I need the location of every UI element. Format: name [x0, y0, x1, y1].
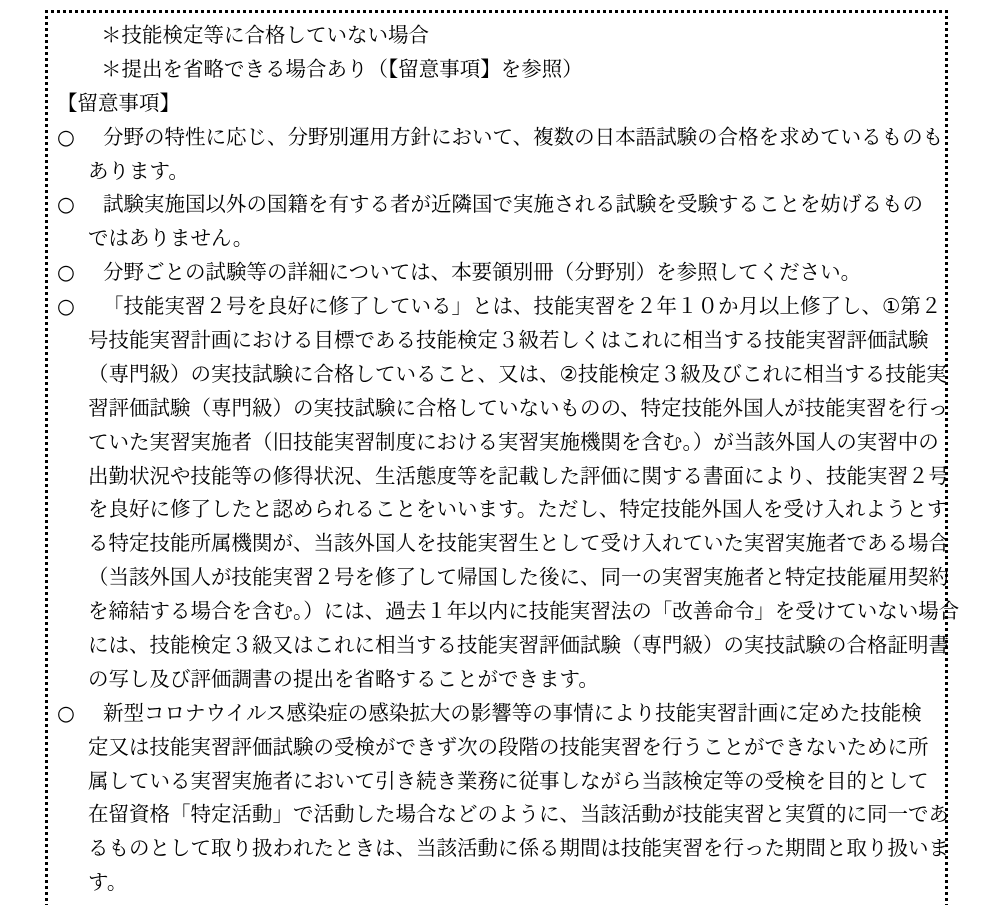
note-item-first-line: ○分野の特性に応じ、分野別運用方針において、複数の日本語試験の合格を求めているも…	[57, 121, 941, 155]
note-item-line: 出勤状況や技能等の修得状況、生活態度等を記載した評価に関する書面により、技能実習…	[57, 460, 941, 494]
note-item-line: には、技能検定３級又はこれに相当する技能実習評価試験（専門級）の実技試験の合格証…	[57, 629, 941, 663]
note-item-line: を締結する場合を含む。）には、過去１年以内に技能実習法の「改善命令」を受けていな…	[57, 595, 941, 629]
note-item-line: ていた実習実施者（旧技能実習制度における実習実施機関を含む。）が当該外国人の実習…	[57, 426, 941, 460]
note-item-line: ではありません。	[57, 222, 941, 256]
note-item-line: 定又は技能実習評価試験の受検ができず次の段階の技能実習を行うことができないために…	[57, 731, 941, 765]
note-item-line: あります。	[57, 155, 941, 189]
box-border-left	[45, 10, 48, 905]
section-heading: 【留意事項】	[57, 87, 941, 121]
note-item-line: を良好に修了したと認められることをいいます。ただし、特定技能外国人を受け入れよう…	[57, 493, 941, 527]
note-item-first-line: ○新型コロナウイルス感染症の感染拡大の影響等の事情により技能実習計画に定めた技能…	[57, 697, 941, 731]
note-item-line: （専門級）の実技試験に合格していること、又は、②技能検定３級及びこれに相当する技…	[57, 358, 941, 392]
note-item-first-line: ○分野ごとの試験等の詳細については、本要領別冊（分野別）を参照してください。	[57, 256, 941, 290]
note-item-text: 新型コロナウイルス感染症の感染拡大の影響等の事情により技能実習計画に定めた技能検	[103, 701, 922, 725]
note-item-text: 分野ごとの試験等の詳細については、本要領別冊（分野別）を参照してください。	[103, 260, 861, 284]
asterisk-note-line: ＊提出を省略できる場合あり（【留意事項】を参照）	[57, 53, 941, 87]
circle-bullet: ○	[57, 121, 103, 155]
note-item-first-line: ○「技能実習２号を良好に修了している」とは、技能実習を２年１０か月以上修了し、①…	[57, 290, 941, 324]
notes-content: ＊技能検定等に合格していない場合 ＊提出を省略できる場合あり（【留意事項】を参照…	[57, 19, 941, 900]
note-item-first-line: ○試験実施国以外の国籍を有する者が近隣国で実施される試験を受験することを妨げるも…	[57, 188, 941, 222]
note-item-text: 試験実施国以外の国籍を有する者が近隣国で実施される試験を受験することを妨げるもの	[103, 192, 923, 216]
box-border-top	[45, 10, 948, 13]
circle-bullet: ○	[57, 256, 103, 290]
note-item-line: 属している実習実施者において引き続き業務に従事しながら当該検定等の受検を目的とし…	[57, 765, 941, 799]
note-item-text: 「技能実習２号を良好に修了している」とは、技能実習を２年１０か月以上修了し、①第…	[103, 294, 941, 318]
note-item-line: す。	[57, 866, 941, 900]
circle-bullet: ○	[57, 188, 103, 222]
note-item-line: る特定技能所属機関が、当該外国人を技能実習生として受け入れていた実習実施者である…	[57, 527, 941, 561]
note-item-text: 分野の特性に応じ、分野別運用方針において、複数の日本語試験の合格を求めているもの…	[103, 125, 943, 149]
note-item-line: 号技能実習計画における目標である技能検定３級若しくはこれに相当する技能実習評価試…	[57, 324, 941, 358]
note-item-line: の写し及び評価調書の提出を省略することができます。	[57, 663, 941, 697]
note-item-line: 在留資格「特定活動」で活動した場合などのように、当該活動が技能実習と実質的に同一…	[57, 798, 941, 832]
dotted-notes-box: ＊技能検定等に合格していない場合 ＊提出を省略できる場合あり（【留意事項】を参照…	[45, 10, 948, 905]
asterisk-note-line: ＊技能検定等に合格していない場合	[57, 19, 941, 53]
circle-bullet: ○	[57, 290, 103, 324]
note-item-line: 習評価試験（専門級）の実技試験に合格していないものの、特定技能外国人が技能実習を…	[57, 392, 941, 426]
box-border-right	[945, 10, 948, 905]
note-item-line: （当該外国人が技能実習２号を修了して帰国した後に、同一の実習実施者と特定技能雇用…	[57, 561, 941, 595]
circle-bullet: ○	[57, 697, 103, 731]
note-item-line: るものとして取り扱われたときは、当該活動に係る期間は技能実習を行った期間と取り扱…	[57, 832, 941, 866]
